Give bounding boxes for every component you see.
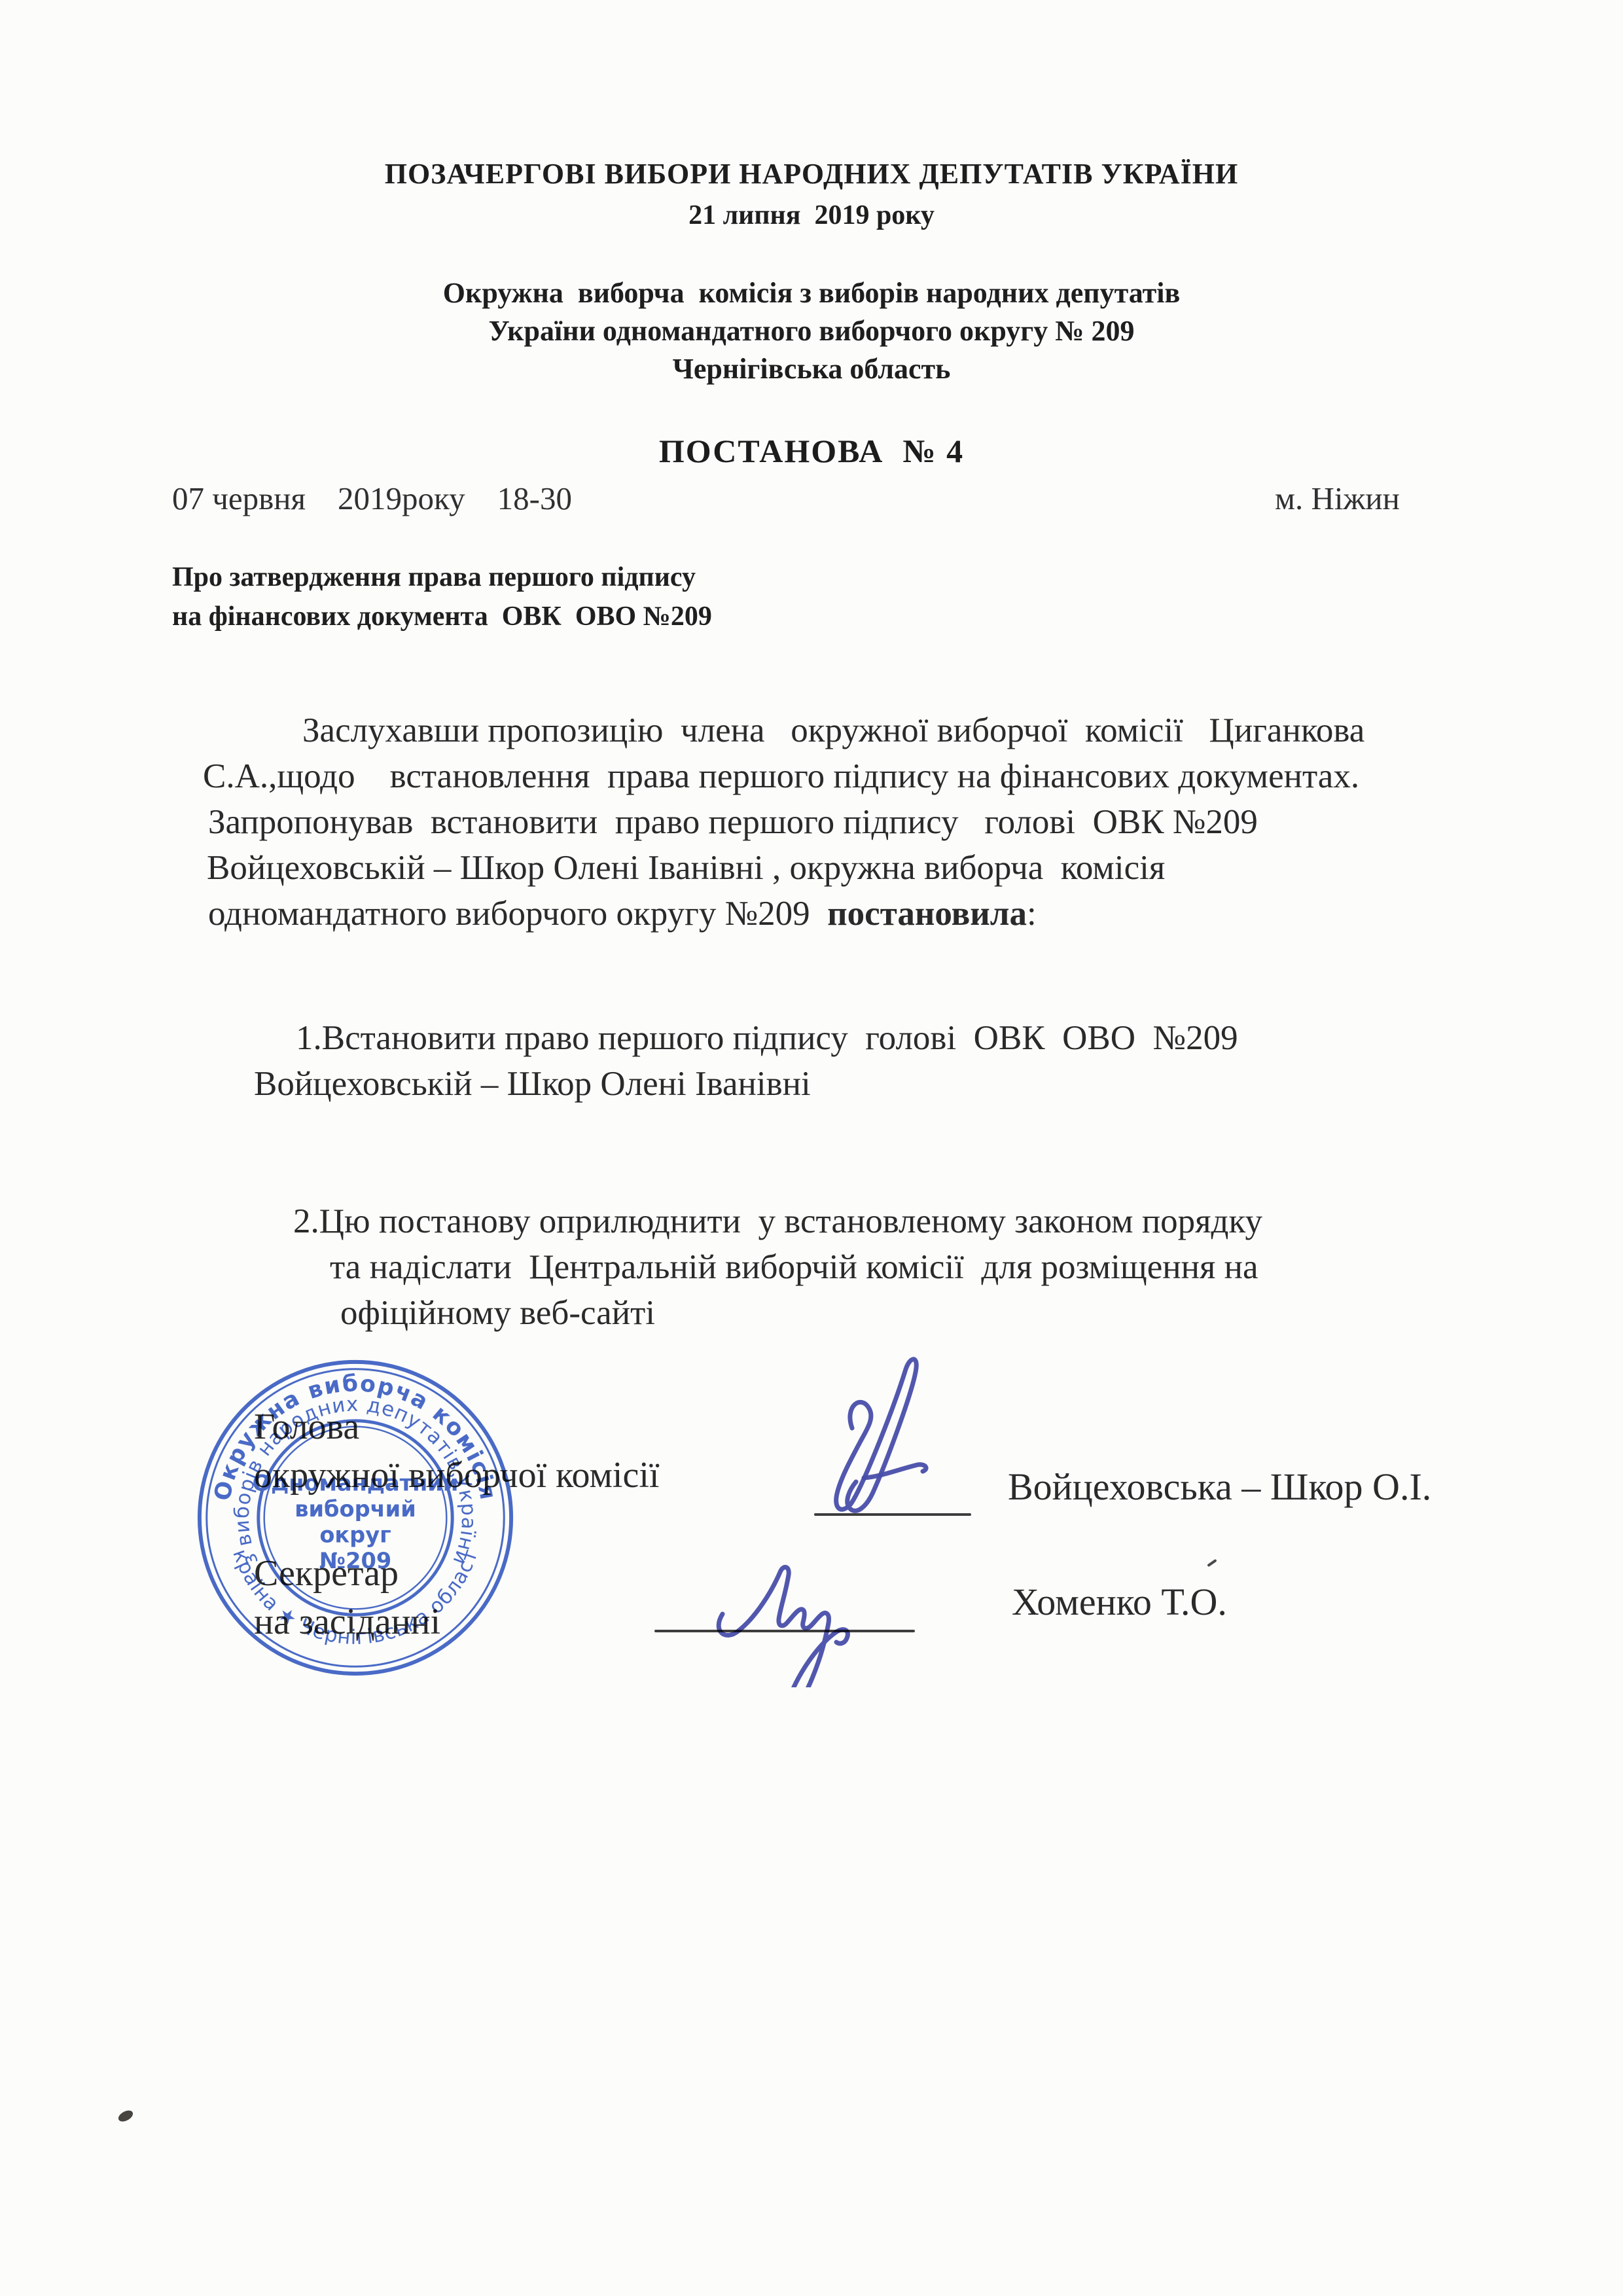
resolution-keyword: постановила <box>827 895 1027 933</box>
item1-line1: 1.Встановити право першого підпису голов… <box>296 1018 1238 1058</box>
item2-line1: 2.Цю постанову оприлюднити у встановлено… <box>293 1202 1262 1241</box>
document-city: м. Ніжин <box>1275 480 1400 517</box>
commission-region: Чернігівська область <box>0 352 1623 386</box>
handwritten-signature-1 <box>809 1306 992 1516</box>
pen-tick-mark <box>1207 1559 1217 1567</box>
commission-round-stamp: Окружна виборча комісія з виборів народн… <box>194 1356 517 1679</box>
commission-name-line2: України одномандатного виборчого округу … <box>0 314 1623 348</box>
subject-line2: на фінансових документа ОВК ОВО №209 <box>172 601 712 632</box>
document-title: ПОСТАНОВА № 4 <box>0 432 1623 470</box>
paragraph-line: Заслухавши пропозицію члена окружної виб… <box>302 711 1364 750</box>
stamp-center-line3: округ <box>319 1522 391 1548</box>
signer2-name: Хоменко Т.О. <box>1012 1580 1227 1624</box>
paragraph-line: С.А.,щодо встановлення права першого під… <box>203 757 1359 796</box>
document-header-date: 21 липня 2019 року <box>0 200 1623 231</box>
subject-line1: Про затвердження права першого підпису <box>172 562 696 593</box>
stamp-center-line2: виборчий <box>294 1496 416 1522</box>
paragraph-line: Запропонував встановити право першого пі… <box>208 802 1258 842</box>
handwritten-signature-2 <box>681 1517 929 1687</box>
signer1-name: Войцеховська – Шкор О.І. <box>1008 1465 1431 1509</box>
item2-line3: офіційному веб-сайті <box>340 1293 655 1333</box>
resolution-colon: : <box>1027 895 1037 933</box>
scanned-document-page: ПОЗАЧЕРГОВІ ВИБОРИ НАРОДНИХ ДЕПУТАТІВ УК… <box>0 0 1623 2296</box>
document-header-line1: ПОЗАЧЕРГОВІ ВИБОРИ НАРОДНИХ ДЕПУТАТІВ УК… <box>0 157 1623 190</box>
paragraph-line-normal: одномандатного виборчого округу №209 <box>208 895 827 933</box>
stamp-center-line4: №209 <box>319 1548 392 1573</box>
commission-name-line1: Окружна виборча комісія з виборів народн… <box>0 276 1623 310</box>
item1-line2: Войцеховській – Шкор Олені Іванівні <box>254 1064 811 1103</box>
ink-speck <box>116 2108 135 2124</box>
document-date-time: 07 червня 2019року 18-30 <box>172 480 572 517</box>
paragraph-line: Войцеховській – Шкор Олені Іванівні , ок… <box>207 848 1165 888</box>
paragraph-line-resolution: одномандатного виборчого округу №209 пос… <box>208 894 1037 933</box>
item2-line2: та надіслати Центральній виборчій комісі… <box>330 1247 1258 1287</box>
stamp-center-line1: Одномандатний <box>253 1471 459 1496</box>
